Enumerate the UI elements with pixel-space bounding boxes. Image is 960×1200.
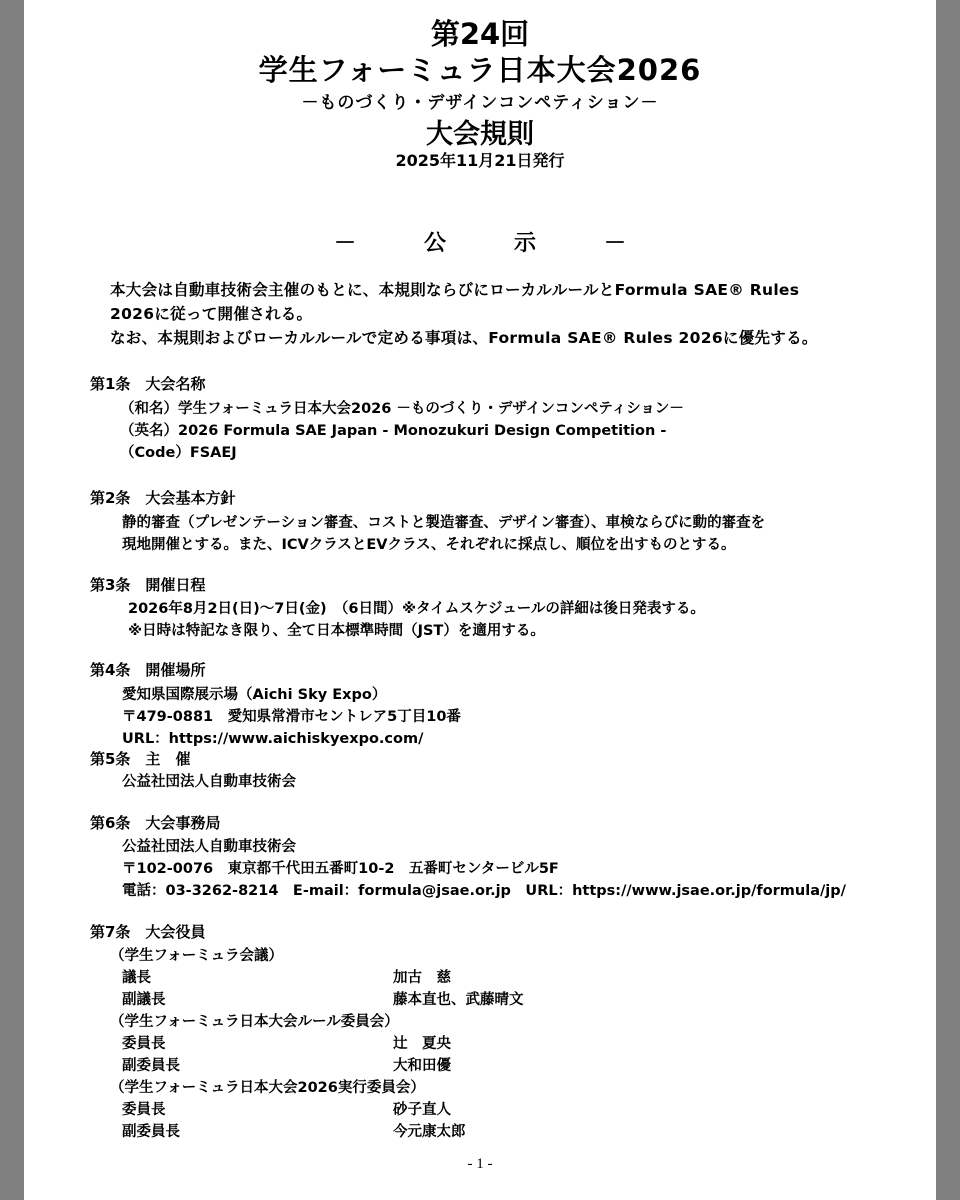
article-7-heading: 第7条 大会役員 xyxy=(90,921,205,942)
article-5-line: 公益社団法人自動車技術会 xyxy=(122,770,296,791)
officer-role: 委員長 xyxy=(122,1032,166,1053)
officer-role: 委員長 xyxy=(122,1098,166,1119)
article-4-address: 〒479-0881 愛知県常滑市セントレア5丁目10番 xyxy=(122,705,461,726)
article-4-venue: 愛知県国際展示場（Aichi Sky Expo） xyxy=(122,683,386,704)
notice-dash-right: － xyxy=(604,226,626,257)
article-1-line: （英名）2026 Formula SAE Japan - Monozukuri … xyxy=(120,419,666,440)
officer-name: 辻 夏央 xyxy=(393,1032,451,1053)
article-2-line: 現地開催とする。また、ICVクラスとEVクラス、それぞれに採点し、順位を出すもの… xyxy=(122,533,735,554)
officer-role: 副議長 xyxy=(122,988,166,1009)
article-6-heading: 第6条 大会事務局 xyxy=(90,812,220,833)
officer-role: 議長 xyxy=(122,966,151,987)
article-3-heading: 第3条 開催日程 xyxy=(90,574,205,595)
edition-title: 第24回 xyxy=(24,12,936,53)
committee-name: （学生フォーミュラ日本大会2026実行委員会） xyxy=(110,1076,425,1097)
notice-line: なお、本規則およびローカルルールで定める事項は、Formula SAE® Rul… xyxy=(110,326,818,348)
event-title: 学生フォーミュラ日本大会2026 xyxy=(24,48,936,89)
issue-date: 2025年11月21日発行 xyxy=(24,148,936,171)
officer-name: 大和田優 xyxy=(393,1054,451,1075)
officer-role: 副委員長 xyxy=(122,1054,180,1075)
article-2-heading: 第2条 大会基本方針 xyxy=(90,487,235,508)
article-1-line: （Code）FSAEJ xyxy=(120,441,237,462)
document-page: 第24回 学生フォーミュラ日本大会2026 －ものづくり・デザインコンペティショ… xyxy=(24,0,936,1200)
article-3-line: 2026年8月2日(日)～7日(金) （6日間）※タイムスケジュールの詳細は後日… xyxy=(128,597,705,618)
article-6-address: 〒102-0076 東京都千代田五番町10-2 五番町センタービル5F xyxy=(122,857,559,878)
article-4-url[interactable]: URL：https://www.aichiskyexpo.com/ xyxy=(122,727,423,748)
event-subtitle: －ものづくり・デザインコンペティション－ xyxy=(24,88,936,113)
page-number: - 1 - xyxy=(24,1156,936,1173)
officer-name: 今元康太郎 xyxy=(393,1120,466,1141)
officer-name: 砂子直人 xyxy=(393,1098,451,1119)
notice-char-1: 公 xyxy=(424,226,446,257)
article-4-heading: 第4条 開催場所 xyxy=(90,659,205,680)
officer-name: 藤本直也、武藤晴文 xyxy=(393,988,524,1009)
committee-name: （学生フォーミュラ会議） xyxy=(110,944,283,965)
officer-role: 副委員長 xyxy=(122,1120,180,1141)
article-1-line: （和名）学生フォーミュラ日本大会2026 －ものづくり・デザインコンペティション… xyxy=(120,397,684,418)
article-2-line: 静的審査（プレゼンテーション審査、コストと製造審査、デザイン審査）、車検ならびに… xyxy=(122,511,765,532)
article-5-heading: 第5条 主 催 xyxy=(90,748,190,769)
officer-name: 加古 慈 xyxy=(393,966,451,987)
notice-line: 本大会は自動車技術会主催のもとに、本規則ならびにローカルルールとFormula … xyxy=(110,278,799,300)
notice-char-2: 示 xyxy=(514,226,536,257)
document-title: 大会規則 xyxy=(24,112,936,151)
notice-line: 2026に従って開催される。 xyxy=(110,302,312,324)
article-3-line: ※日時は特記なき限り、全て日本標準時間（JST）を適用する。 xyxy=(128,619,545,640)
article-6-contact[interactable]: 電話：03-3262-8214 E-mail：formula@jsae.or.j… xyxy=(122,879,846,900)
notice-dash-left: － xyxy=(334,226,356,257)
committee-name: （学生フォーミュラ日本大会ルール委員会） xyxy=(110,1010,399,1031)
article-1-heading: 第1条 大会名称 xyxy=(90,373,205,394)
article-6-org: 公益社団法人自動車技術会 xyxy=(122,835,296,856)
notice-heading: －公示－ xyxy=(24,226,936,257)
